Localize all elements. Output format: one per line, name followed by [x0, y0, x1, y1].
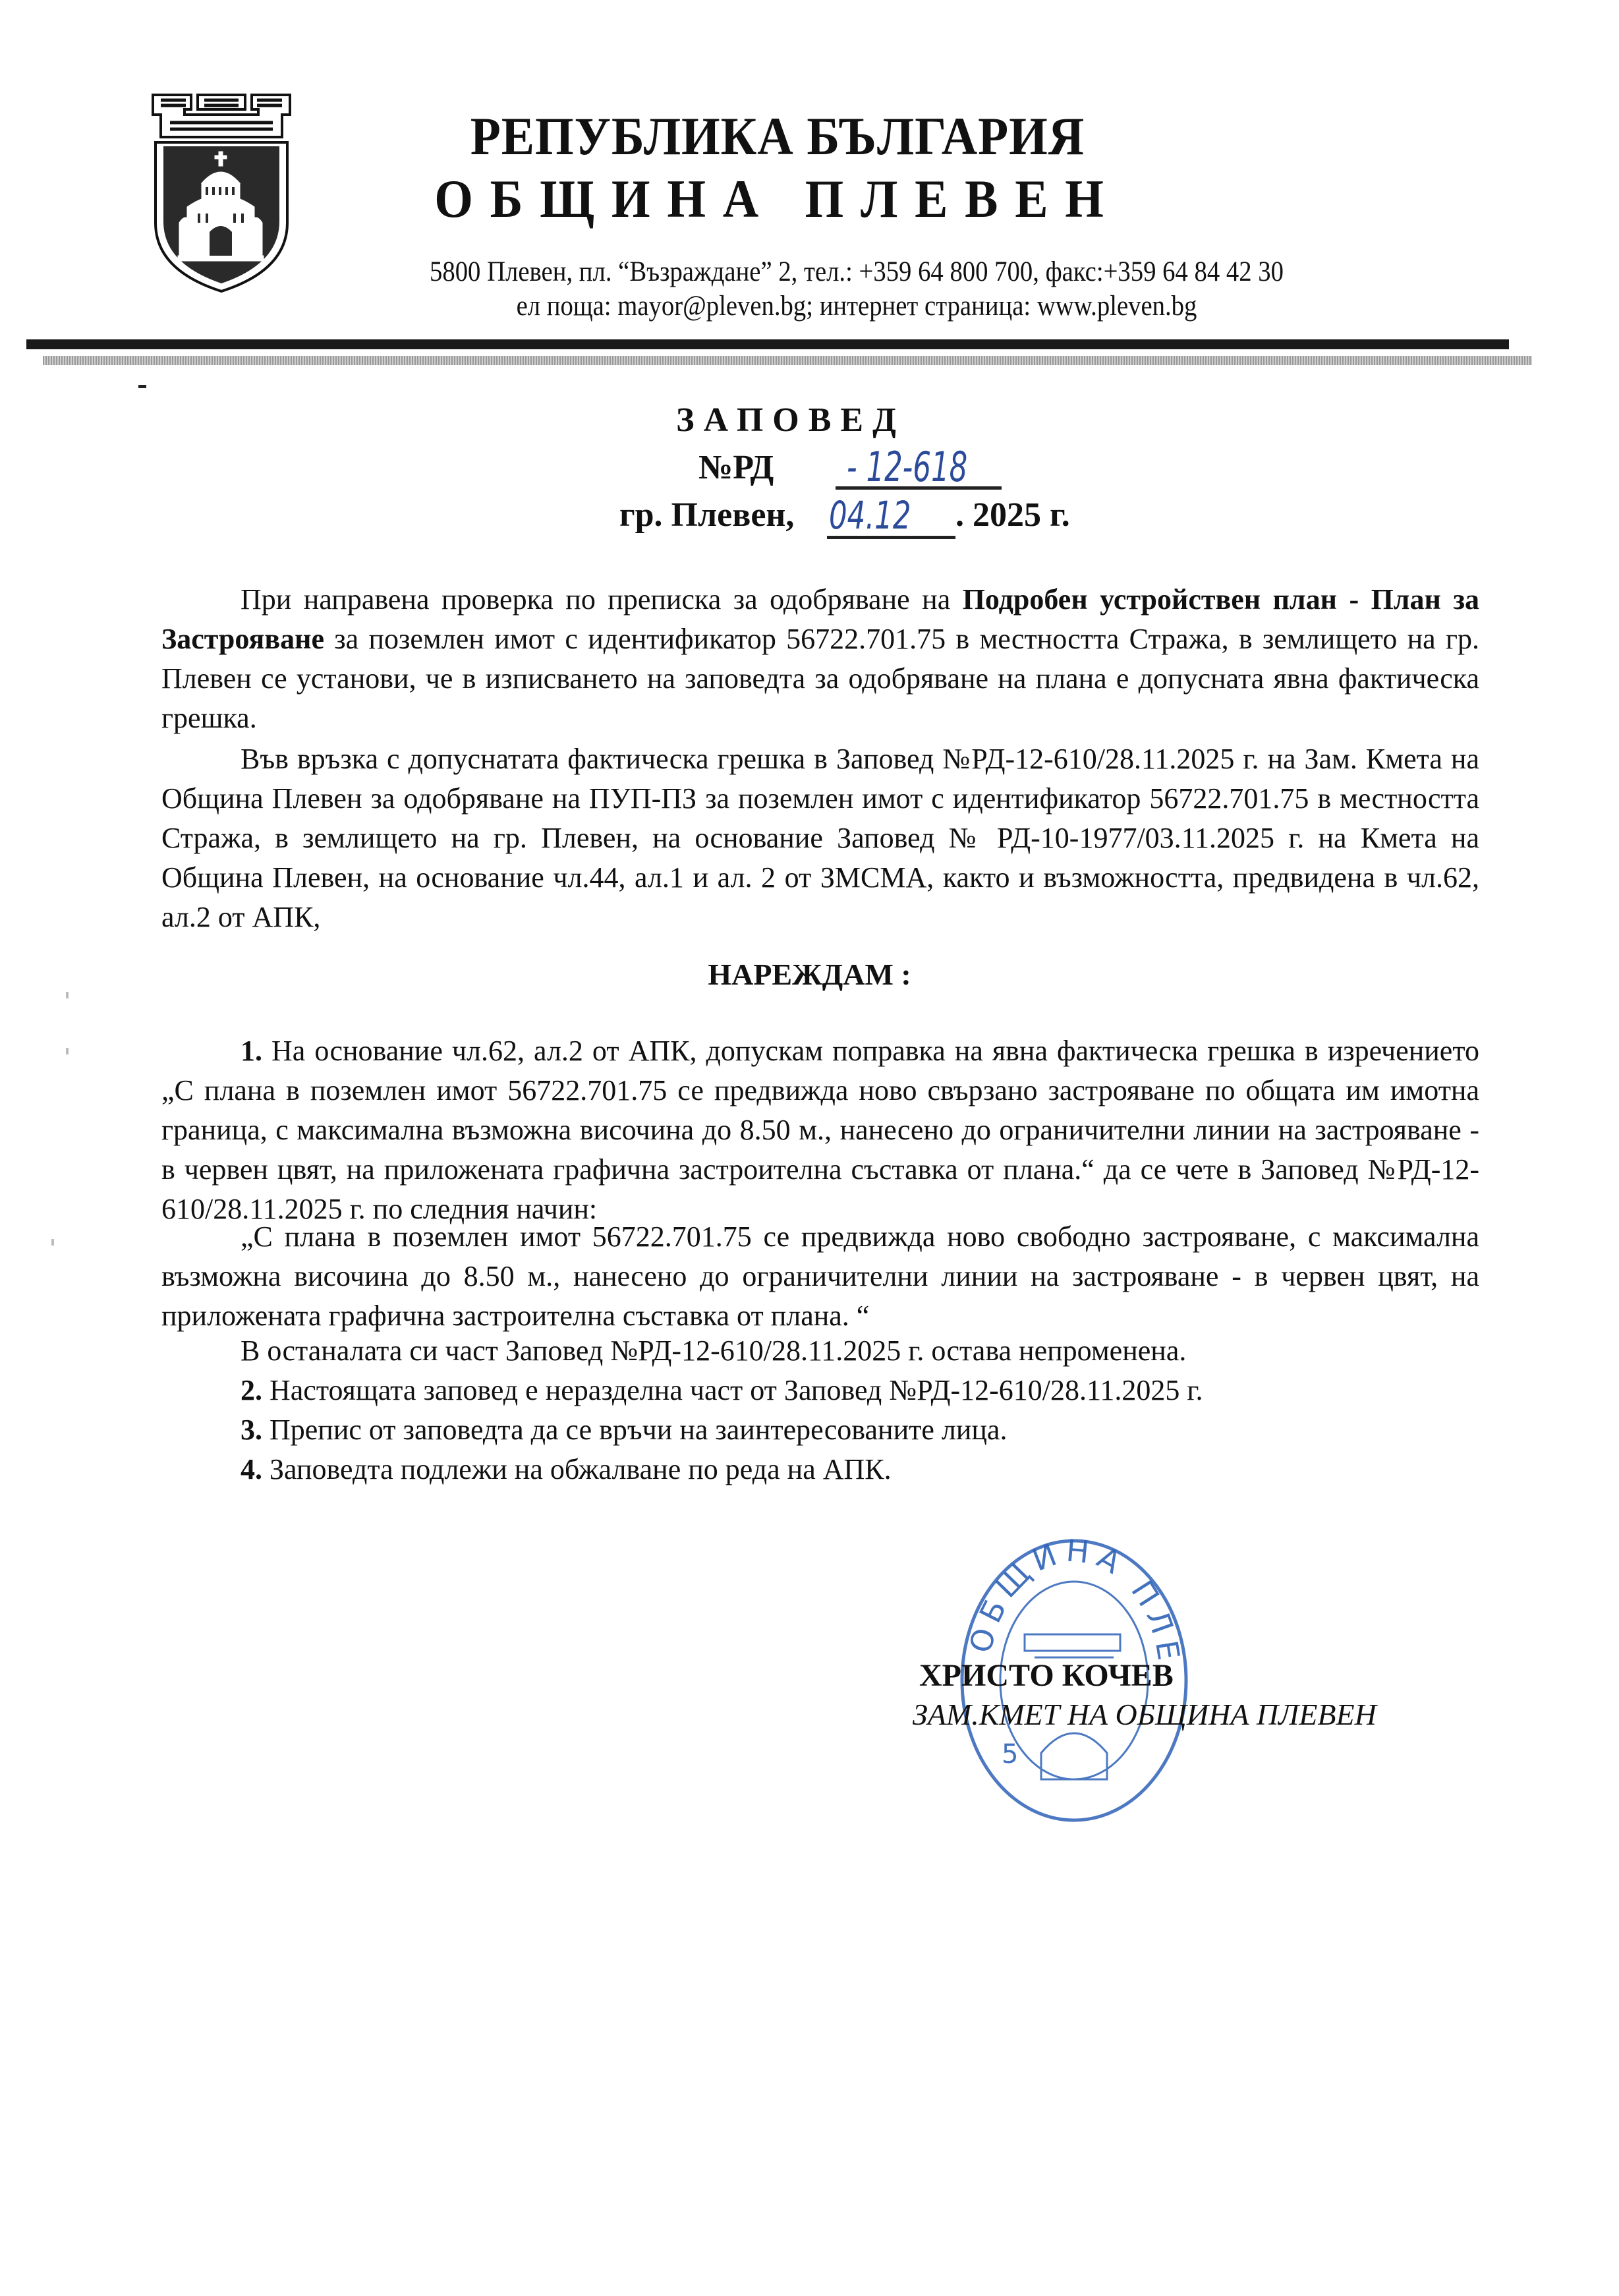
order-number-underline [836, 486, 1002, 490]
item-text: На основание чл.62, ал.2 от АПК, допуска… [161, 1035, 1479, 1225]
scan-mark [51, 1239, 54, 1246]
decree-item-3: 3. Препис от заповедта да се връчи на за… [241, 1413, 1007, 1447]
order-year: . 2025 г. [955, 496, 1070, 534]
pleven-coat-of-arms-icon [146, 91, 297, 295]
decree-item-4: 4. Заповедта подлежи на обжалване по ред… [241, 1452, 892, 1486]
corrected-quote: „С плана в поземлен имот 56722.701.75 се… [161, 1217, 1479, 1336]
letterhead-municipality: ОБЩИНА ПЛЕВЕН [317, 168, 1238, 230]
item-number: 2. [241, 1374, 262, 1406]
paragraph-intro: При направена проверка по преписка за од… [161, 580, 1479, 738]
svg-text:5: 5 [1002, 1739, 1018, 1769]
decree-heading: НАРЕЖДАМ : [0, 957, 1619, 992]
letterhead-contacts: ел поща: mayor@pleven.bg; интернет стран… [347, 290, 1367, 322]
decree-item-2: 2. Настоящата заповед е неразделна част … [241, 1373, 1203, 1407]
paragraph-basis: Във връзка с допуснатата фактическа греш… [161, 739, 1479, 937]
order-number-label: №РД [698, 448, 774, 487]
item-number: 4. [241, 1453, 262, 1485]
order-city: гр. Плевен, [619, 496, 794, 534]
scan-mark [66, 1048, 69, 1054]
order-date-handwritten: 04.12 [829, 493, 911, 538]
order-date-underline [827, 536, 955, 539]
item-text: Препис от заповедта да се връчи на заинт… [262, 1414, 1007, 1446]
letterhead-address: 5800 Плевен, пл. “Възраждане” 2, тел.: +… [347, 256, 1367, 288]
signer-name: ХРИСТО КОЧЕВ [919, 1657, 1174, 1694]
order-number-handwritten: - 12-618 [847, 443, 967, 491]
paragraph-intro-text: При направена проверка по преписка за од… [241, 583, 963, 616]
item-number: 3. [241, 1414, 262, 1446]
scan-mark [138, 385, 146, 388]
header-divider-gray [43, 356, 1532, 365]
item-text: Настоящата заповед е неразделна част от … [262, 1374, 1203, 1406]
paragraph-intro-rest: за поземлен имот с идентификатор 56722.7… [161, 623, 1479, 734]
item-number: 1. [241, 1035, 262, 1067]
item-text: Заповедта подлежи на обжалване по реда н… [262, 1453, 892, 1485]
decree-item-1: 1. На основание чл.62, ал.2 от АПК, допу… [161, 1031, 1479, 1229]
letterhead-country: РЕПУБЛИКА БЪЛГАРИЯ [317, 105, 1238, 167]
header-divider-thick [26, 339, 1509, 349]
scan-mark [66, 992, 69, 998]
svg-text:ОБЩИНА ПЛЕВЕН: ОБЩИНА ПЛЕВЕН [955, 1535, 1188, 1669]
remainder-note: В останалата си част Заповед №РД-12-610/… [241, 1334, 1186, 1367]
order-title: ЗАПОВЕД [593, 401, 988, 440]
signer-title: ЗАМ.КМЕТ НА ОБЩИНА ПЛЕВЕН [913, 1697, 1377, 1732]
